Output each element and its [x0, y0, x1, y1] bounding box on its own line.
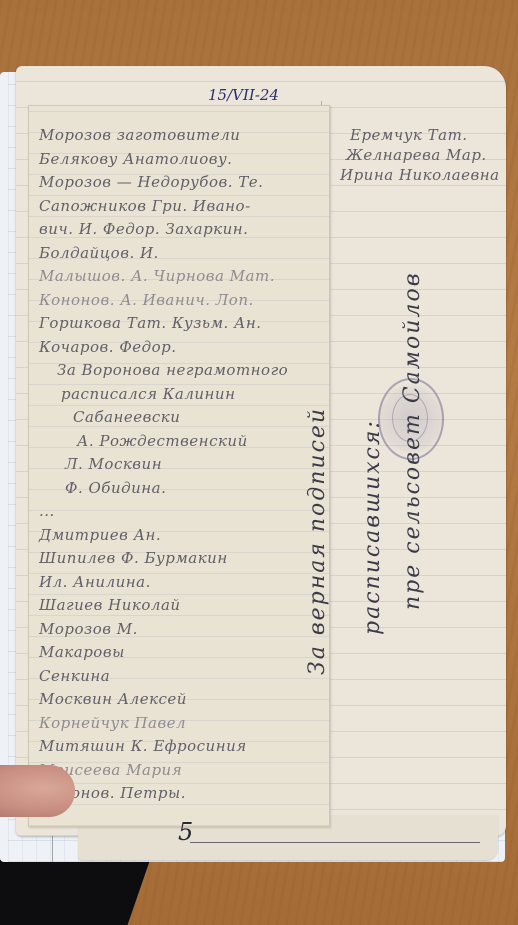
signature-line: Белякову Анатолиову. [39, 150, 232, 168]
finger-holding-page [0, 765, 75, 817]
signature-line: ... [39, 502, 55, 520]
signature-line: расписался Калинин [61, 385, 235, 403]
signature-line: Ф. Обидина. [65, 479, 166, 497]
page-underline [190, 842, 480, 843]
signature-list-slip: Морозов заготовителиБелякову Анатолиову.… [28, 105, 330, 827]
certification-line-2: расписавшихся: [360, 335, 385, 635]
signature-line: Морозов М. [39, 620, 138, 638]
signature-line: вич. И. Федор. Захаркин. [39, 220, 248, 238]
signature-line: Ил. Анилина. [39, 573, 151, 591]
signature-line: Сенкина [39, 667, 110, 685]
signature-name: Еремчук Тат. [350, 126, 468, 144]
signature-line: А. Рождественский [77, 432, 248, 450]
signature-line: Макаровы [39, 643, 125, 661]
signature-name: Ирина Николаевна [340, 166, 500, 184]
signature-line: Митяшин К. Ефросиния [39, 737, 247, 755]
signature-line: Малышов. А. Чирнова Мат. [39, 267, 275, 285]
signature-line: Кононов. А. Иванич. Лоп. [39, 291, 254, 309]
date-note: 15/VII-24 [208, 86, 279, 104]
certification-line-1: За верная подписей [305, 385, 330, 675]
signature-line: Сабанеевски [73, 408, 180, 426]
signature-line: За Воронова неграмотного [57, 361, 288, 379]
table-shadow [0, 860, 150, 925]
signature-line: Л. Москвин [65, 455, 162, 473]
signature-line: Москвин Алексей [39, 690, 187, 708]
signature-line: Сапожников Гри. Ивано- [39, 197, 251, 215]
signature-line: Горшкова Тат. Кузьм. Ан. [39, 314, 262, 332]
signature-line: Дмитриев Ан. [39, 526, 161, 544]
signature-line: Шагиев Николай [39, 596, 181, 614]
signature-line: Шипилев Ф. Бурмакин [39, 549, 228, 567]
certification-line-3: пре сельсовет Самойлов [400, 240, 425, 610]
signature-line: Корнейчук Павел [39, 714, 186, 732]
signature-line: Морозов — Недорубов. Те. [39, 173, 263, 191]
signature-line: Болдайцов. И. [39, 244, 159, 262]
signature-line: Морозов заготовители [39, 126, 240, 144]
signature-name: Желнарева Мар. [346, 146, 487, 164]
signature-line: Кочаров. Федор. [39, 338, 177, 356]
